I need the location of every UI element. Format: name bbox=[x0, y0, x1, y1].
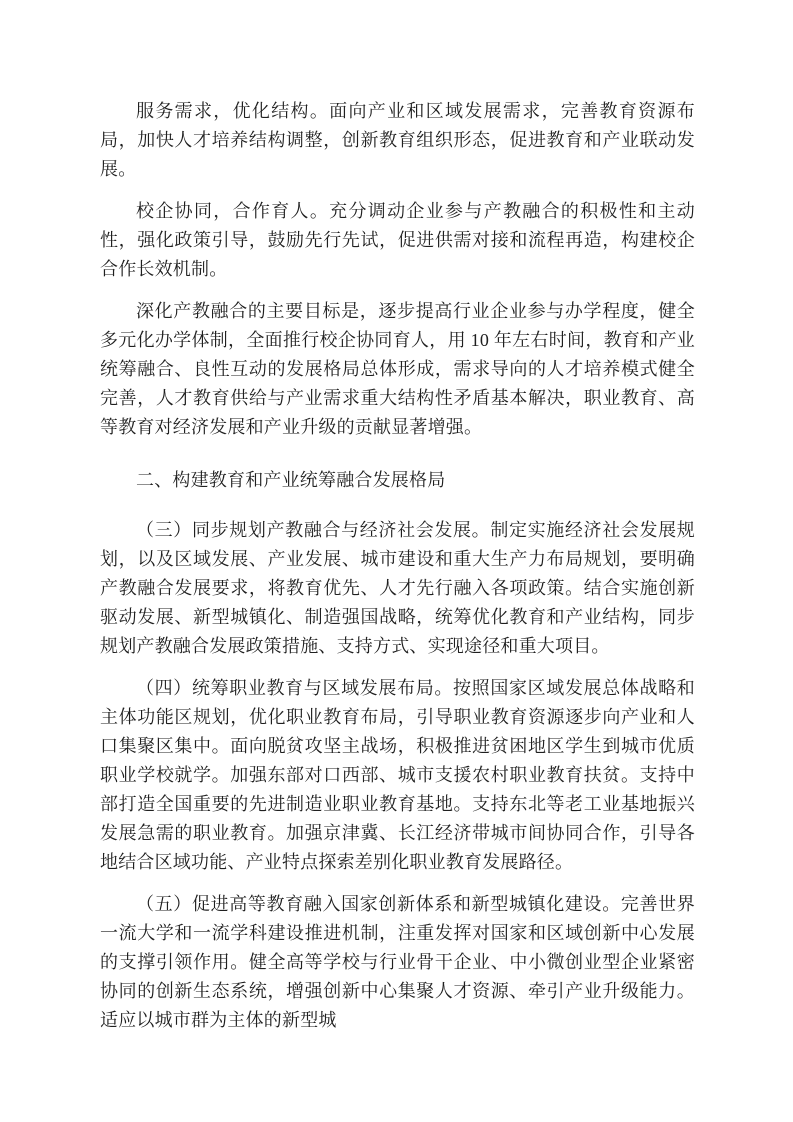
body-paragraph: （五）促进高等教育融入国家创新体系和新型城镇化建设。完善世界一流大学和一流学科建… bbox=[100, 890, 695, 1035]
body-paragraph: 深化产教融合的主要目标是，逐步提高行业企业参与办学程度，健全多元化办学体制，全面… bbox=[100, 297, 695, 442]
body-paragraph: 服务需求，优化结构。面向产业和区域发展需求，完善教育资源布局，加快人才培养结构调… bbox=[100, 97, 695, 184]
body-paragraph: （三）同步规划产教融合与经济社会发展。制定实施经济社会发展规划，以及区域发展、产… bbox=[100, 516, 695, 661]
document-content: 服务需求，优化结构。面向产业和区域发展需求，完善教育资源布局，加快人才培养结构调… bbox=[100, 97, 695, 1035]
body-paragraph: 校企协同，合作育人。充分调动企业参与产教融合的积极性和主动性，强化政策引导，鼓励… bbox=[100, 197, 695, 284]
body-paragraph: （四）统筹职业教育与区域发展布局。按照国家区域发展总体战略和主体功能区规划，优化… bbox=[100, 674, 695, 877]
document-page: 服务需求，优化结构。面向产业和区域发展需求，完善教育资源布局，加快人才培养结构调… bbox=[0, 0, 793, 1122]
section-heading: 二、构建教育和产业统筹融合发展格局 bbox=[100, 466, 695, 495]
